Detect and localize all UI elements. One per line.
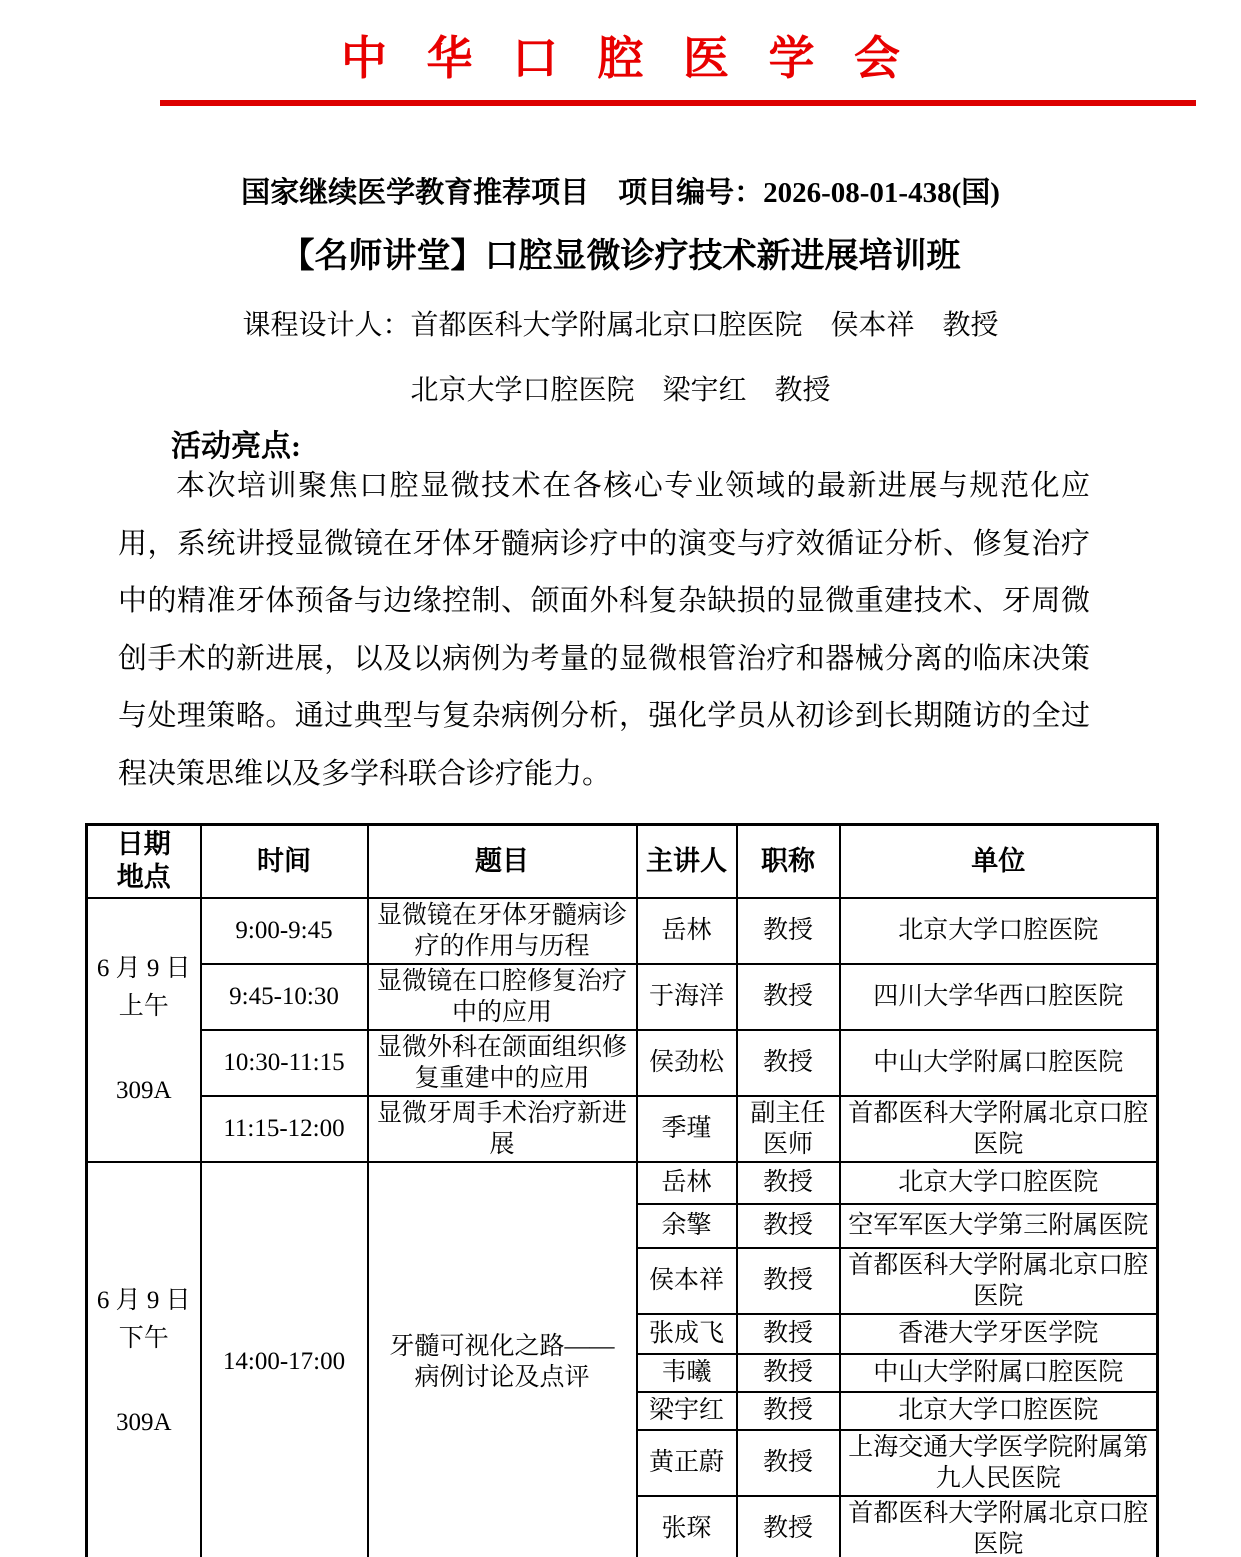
title-cell: 副主任医师 [737, 1096, 840, 1162]
speaker-cell: 侯劲松 [637, 1030, 737, 1096]
topic-cell: 显微牙周手术治疗新进展 [368, 1096, 637, 1162]
org-cell: 四川大学华西口腔医院 [840, 964, 1158, 1030]
speaker-cell: 余擎 [637, 1204, 737, 1248]
table-row: 6 月 9 日 下午 309A 14:00-17:00 牙髓可视化之路—— 病例… [87, 1162, 1158, 1204]
designer-line-2: 北京大学口腔医院 梁宇红 教授 [0, 368, 1241, 408]
time-cell-afternoon: 14:00-17:00 [201, 1162, 368, 1557]
title-cell: 教授 [737, 898, 840, 964]
date-cell-morning: 6 月 9 日 上午 309A [87, 898, 201, 1162]
title-cell: 教授 [737, 1496, 840, 1557]
speaker-cell: 侯本祥 [637, 1248, 737, 1314]
speaker-cell: 季瑾 [637, 1096, 737, 1162]
speaker-cell: 于海洋 [637, 964, 737, 1030]
venue-line: 309A [92, 1404, 196, 1442]
title-cell: 教授 [737, 1392, 840, 1430]
venue-line: 309A [92, 1072, 196, 1110]
table-header-row: 日期 地点 时间 题目 主讲人 职称 单位 [87, 825, 1158, 898]
title-cell: 教授 [737, 1354, 840, 1392]
org-cell: 北京大学口腔医院 [840, 1392, 1158, 1430]
title-cell: 教授 [737, 1430, 840, 1496]
time-cell: 9:45-10:30 [201, 964, 368, 1030]
speaker-cell: 韦曦 [637, 1354, 737, 1392]
header-date-venue: 日期 地点 [87, 825, 201, 898]
time-cell: 9:00-9:45 [201, 898, 368, 964]
org-cell: 北京大学口腔医院 [840, 1162, 1158, 1204]
speaker-cell: 梁宇红 [637, 1392, 737, 1430]
org-cell: 香港大学牙医学院 [840, 1314, 1158, 1354]
header-speaker: 主讲人 [637, 825, 737, 898]
table-row: 6 月 9 日 上午 309A 9:00-9:45 显微镜在牙体牙髓病诊疗的作用… [87, 898, 1158, 964]
speaker-cell: 黄正蔚 [637, 1430, 737, 1496]
time-cell: 10:30-11:15 [201, 1030, 368, 1096]
time-cell: 11:15-12:00 [201, 1096, 368, 1162]
schedule-table: 日期 地点 时间 题目 主讲人 职称 单位 6 月 9 日 上午 309A 9:… [85, 823, 1159, 1557]
org-cell: 上海交通大学医学院附属第九人民医院 [840, 1430, 1158, 1496]
title-cell: 教授 [737, 1204, 840, 1248]
org-cell: 中山大学附属口腔医院 [840, 1354, 1158, 1392]
org-cell: 首都医科大学附属北京口腔医院 [840, 1248, 1158, 1314]
title-cell: 教授 [737, 1248, 840, 1314]
org-cell: 首都医科大学附属北京口腔医院 [840, 1096, 1158, 1162]
session-line: 下午 [92, 1320, 196, 1358]
org-cell: 空军军医大学第三附属医院 [840, 1204, 1158, 1248]
title-cell: 教授 [737, 1162, 840, 1204]
org-title: 中 华 口 腔 医 学 会 [0, 22, 1241, 88]
title-cell: 教授 [737, 1314, 840, 1354]
date-cell-afternoon: 6 月 9 日 下午 309A [87, 1162, 201, 1557]
designer-line-1: 课程设计人：首都医科大学附属北京口腔医院 侯本祥 教授 [0, 303, 1241, 343]
speaker-cell: 岳林 [637, 898, 737, 964]
course-title: 【名师讲堂】口腔显微诊疗技术新进展培训班 [0, 228, 1241, 277]
speaker-cell: 张琛 [637, 1496, 737, 1557]
header-title: 职称 [737, 825, 840, 898]
header-topic: 题目 [368, 825, 637, 898]
topic-cell-afternoon: 牙髓可视化之路—— 病例讨论及点评 [368, 1162, 637, 1557]
title-cell: 教授 [737, 964, 840, 1030]
date-line: 6 月 9 日 [92, 950, 196, 988]
table-row: 11:15-12:00 显微牙周手术治疗新进展 季瑾 副主任医师 首都医科大学附… [87, 1096, 1158, 1162]
topic-cell: 显微镜在牙体牙髓病诊疗的作用与历程 [368, 898, 637, 964]
session-line: 上午 [92, 988, 196, 1026]
topic-cell: 显微外科在颌面组织修复重建中的应用 [368, 1030, 637, 1096]
header-org: 单位 [840, 825, 1158, 898]
org-cell: 中山大学附属口腔医院 [840, 1030, 1158, 1096]
org-cell: 首都医科大学附属北京口腔医院 [840, 1496, 1158, 1557]
header-venue-label: 地点 [92, 861, 196, 894]
header-rule [160, 100, 1196, 106]
header-time: 时间 [201, 825, 368, 898]
speaker-cell: 张成飞 [637, 1314, 737, 1354]
document-page: 中 华 口 腔 医 学 会 国家继续医学教育推荐项目 项目编号：2026-08-… [0, 0, 1241, 1557]
speaker-cell: 岳林 [637, 1162, 737, 1204]
date-line: 6 月 9 日 [92, 1282, 196, 1320]
header-date-label: 日期 [92, 828, 196, 861]
org-cell: 北京大学口腔医院 [840, 898, 1158, 964]
project-line: 国家继续医学教育推荐项目 项目编号：2026-08-01-438(国) [0, 170, 1241, 211]
highlights-paragraph: 本次培训聚焦口腔显微技术在各核心专业领域的最新进展与规范化应用，系统讲授显微镜在… [118, 458, 1090, 803]
title-cell: 教授 [737, 1030, 840, 1096]
table-row: 10:30-11:15 显微外科在颌面组织修复重建中的应用 侯劲松 教授 中山大… [87, 1030, 1158, 1096]
table-row: 9:45-10:30 显微镜在口腔修复治疗中的应用 于海洋 教授 四川大学华西口… [87, 964, 1158, 1030]
topic-cell: 显微镜在口腔修复治疗中的应用 [368, 964, 637, 1030]
